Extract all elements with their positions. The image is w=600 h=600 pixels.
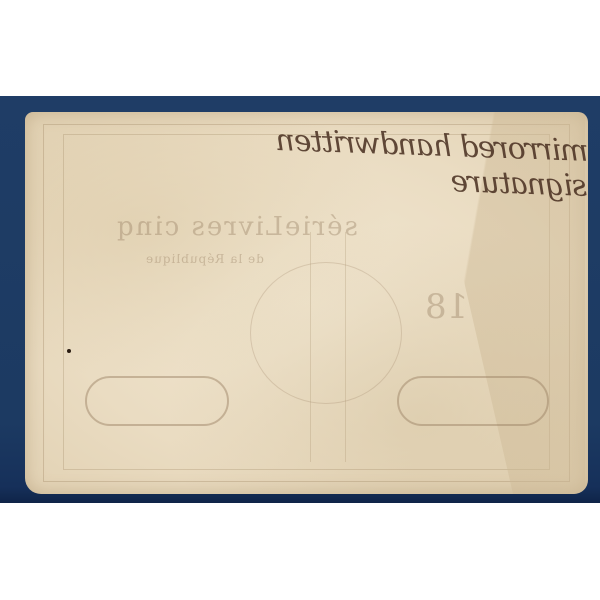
pinhole [67,349,71,353]
print-bleed-title: sérieLivres cinq [115,212,358,242]
embossed-seal [250,262,402,404]
center-rule-left [310,232,311,462]
oval-cartouche-left [85,376,229,426]
print-bleed-numeral: 18 [425,287,468,327]
center-rule-right [345,232,346,462]
print-bleed-subtitle: de la République [145,252,264,266]
oval-cartouche-right [397,376,549,426]
banknote: mirrored handwritten signature sérieLivr… [25,112,588,494]
